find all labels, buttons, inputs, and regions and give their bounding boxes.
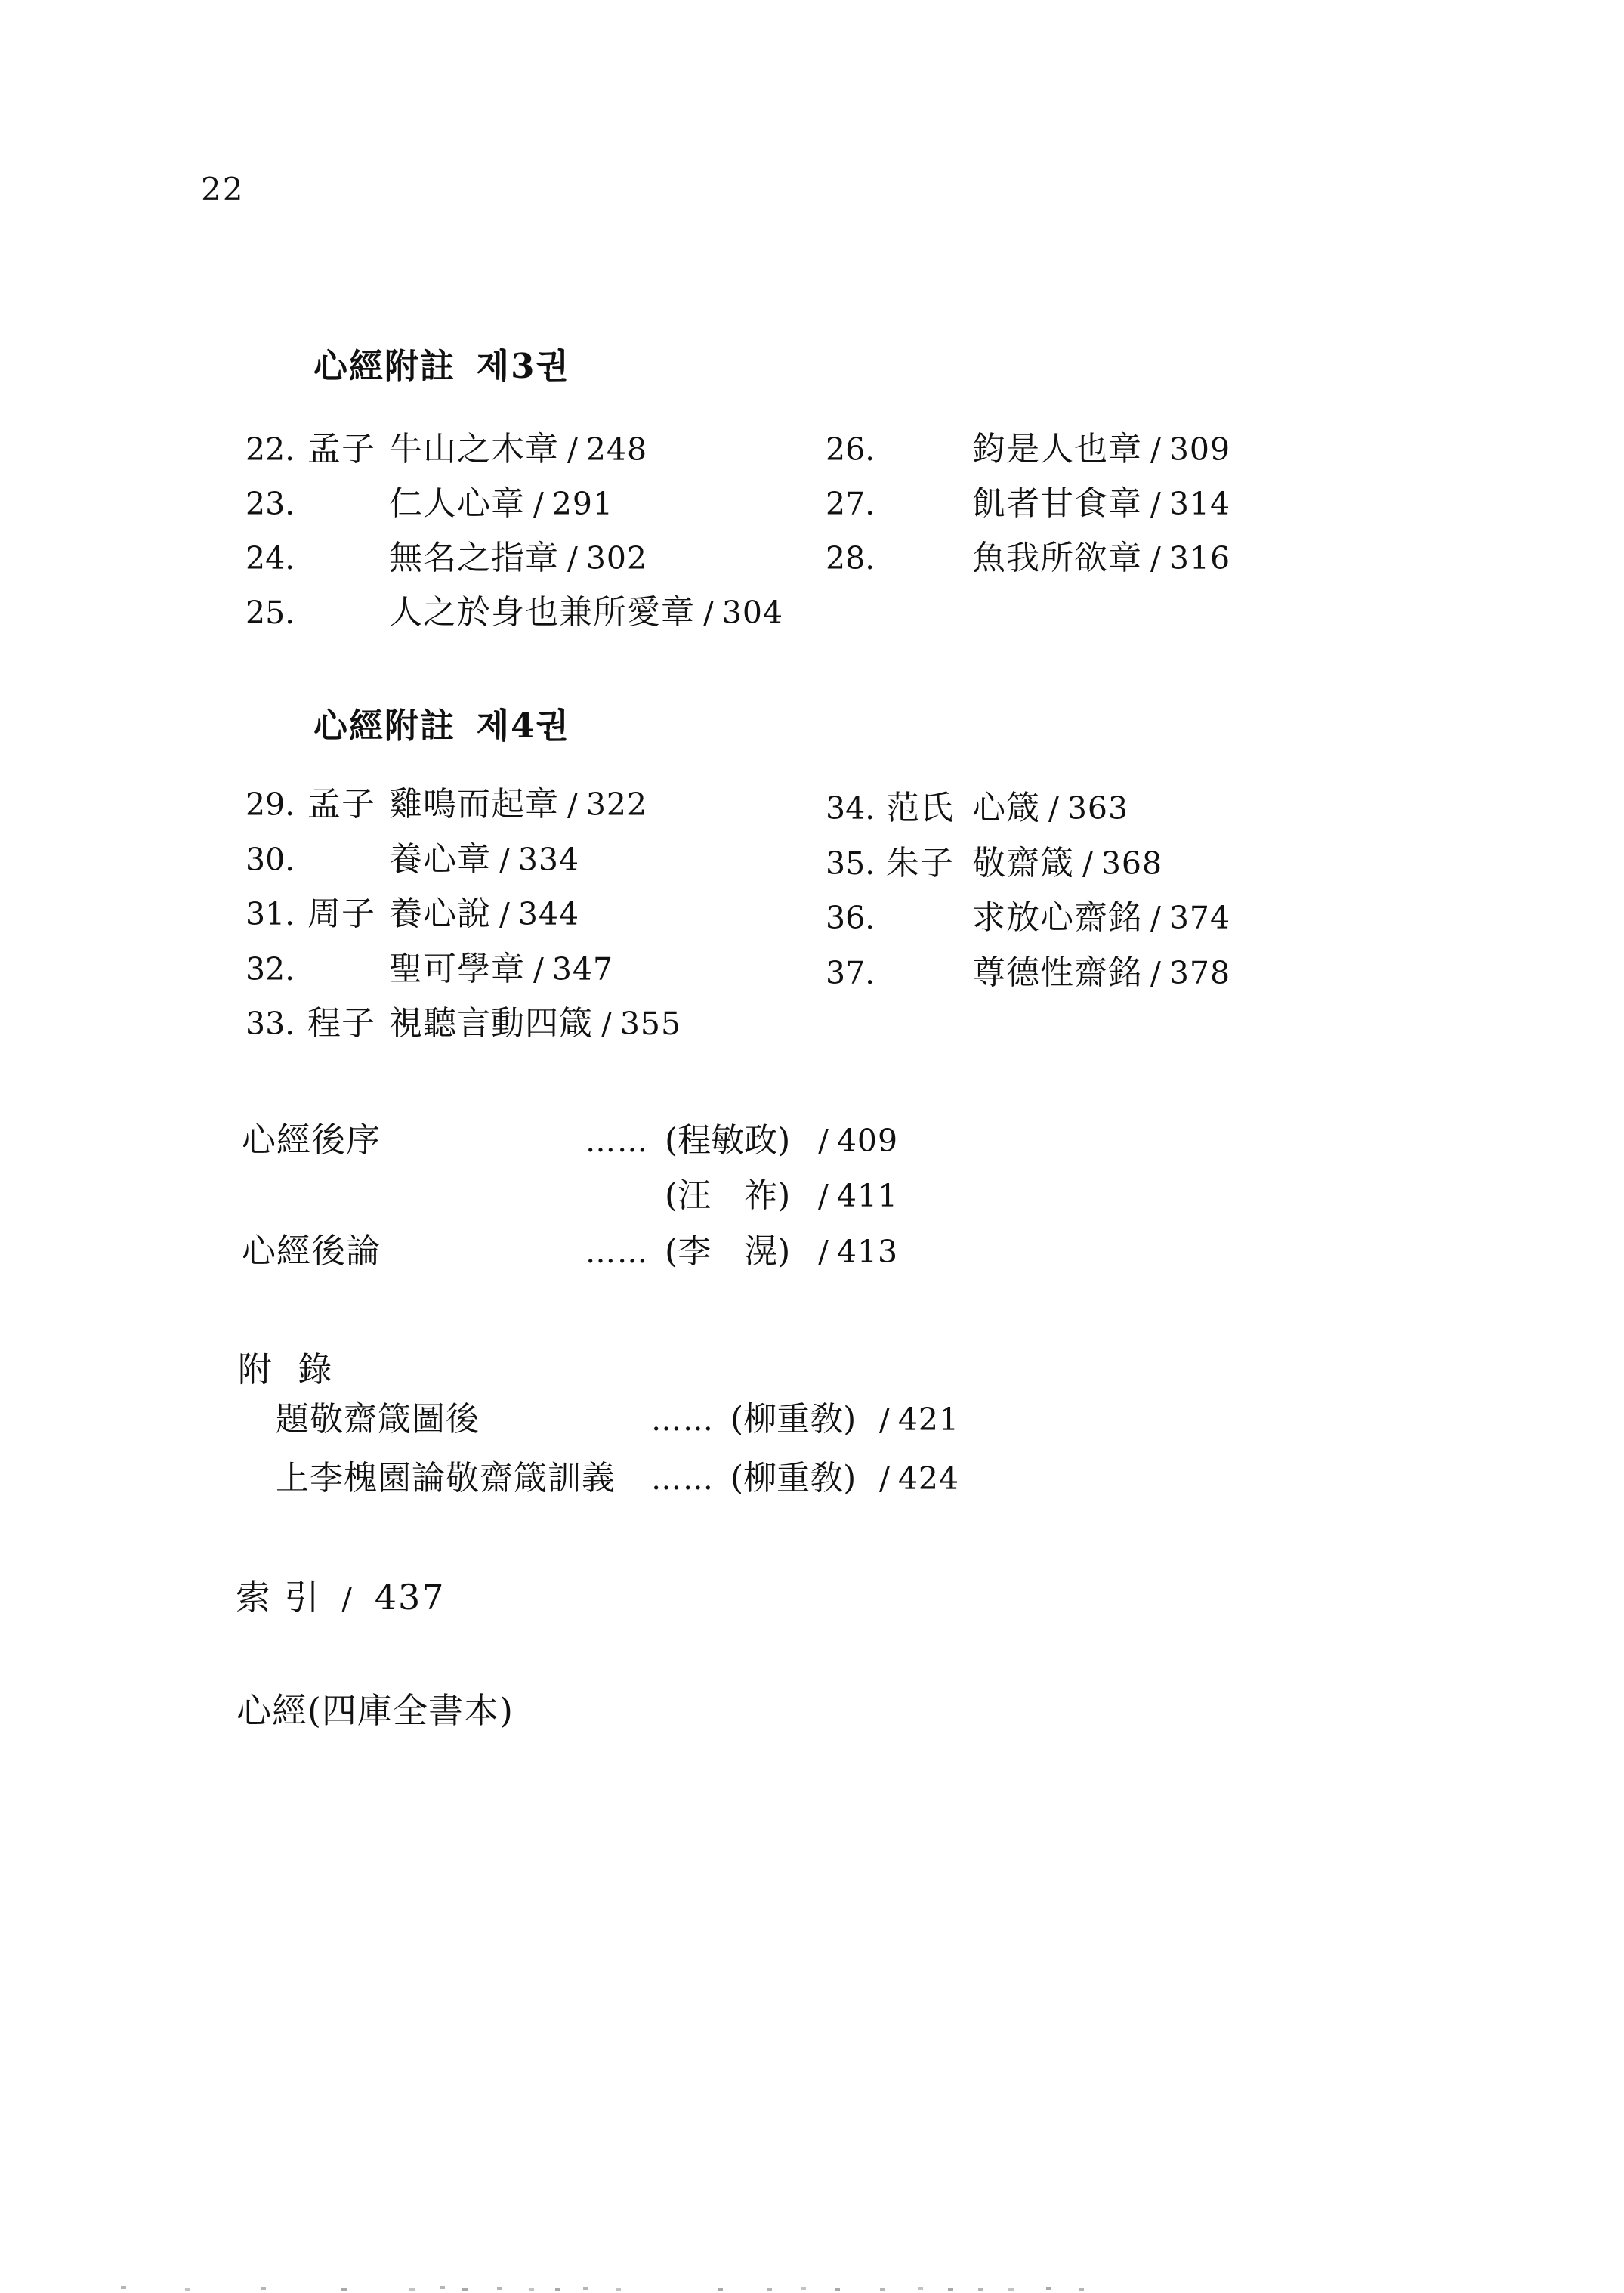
leader-row-author-name: (李 滉) <box>665 1224 810 1272</box>
leader-row-label: 題敬齋箴圖後 <box>276 1392 651 1440</box>
page-separator: / <box>879 1401 890 1438</box>
toc-item-author: 孟子 <box>307 777 389 825</box>
toc-row: 27. 飢者甘食章 / 314 <box>826 476 1415 530</box>
page-separator: / <box>703 595 714 631</box>
toc-item-number: 23. <box>245 486 307 522</box>
toc-item-title: 魚我所欲章 <box>972 530 1142 579</box>
toc-item-number: 29. <box>245 786 307 823</box>
dot-leader: …… <box>651 1462 730 1497</box>
toc-item-author: 周子 <box>307 886 389 935</box>
leader-row-page: 424 <box>898 1460 959 1497</box>
toc-item-title: 尊德性齋銘 <box>972 945 1142 994</box>
index-row: 索 引 / 437 <box>236 1570 446 1620</box>
toc-row: 30. 養心章 / 334 <box>245 832 835 887</box>
leader-row-page: 409 <box>837 1123 898 1159</box>
toc-item-title: 人之於身也兼所愛章 <box>389 585 695 633</box>
page-separator: / <box>533 486 544 522</box>
toc-item-page: 316 <box>1169 540 1230 576</box>
toc-item-page: 304 <box>722 595 783 631</box>
toc-row: 37. 尊德性齋銘 / 378 <box>826 945 1415 1000</box>
page-separator: / <box>1082 845 1093 882</box>
appendix-title: 附 錄 <box>238 1342 335 1391</box>
toc-column-vol3-left: 22. 孟子 牛山之木章 / 248 23. 仁人心章 / 291 24. 無名… <box>245 422 835 639</box>
toc-item-title: 養心章 <box>389 832 491 880</box>
leader-row-page: 421 <box>898 1401 959 1438</box>
leader-row: 上李槐園論敬齋箴訓義 …… (柳重敎) / 424 <box>276 1451 959 1510</box>
leader-row: (汪 祚) / 411 <box>242 1168 898 1224</box>
toc-item-author: 孟子 <box>307 422 389 470</box>
footer-book-title: 心經(四庫全書本) <box>236 1683 514 1733</box>
toc-item-title: 仁人心章 <box>389 476 525 524</box>
toc-item-title: 雞鳴而起章 <box>389 777 559 825</box>
toc-row: 26. 鈞是人也章 / 309 <box>826 422 1415 476</box>
toc-row: 23. 仁人心章 / 291 <box>245 476 835 530</box>
page-separator: / <box>1048 790 1059 827</box>
toc-item-number: 32. <box>245 951 307 987</box>
page-separator: / <box>1150 431 1161 468</box>
toc-item-page: 322 <box>586 786 647 823</box>
toc-item-page: 344 <box>518 896 579 932</box>
toc-item-page: 374 <box>1169 900 1230 936</box>
toc-item-page: 347 <box>552 951 613 987</box>
leader-row-page: 411 <box>837 1178 898 1214</box>
toc-item-title: 心箴 <box>972 780 1040 829</box>
toc-item-author: 范氏 <box>886 780 972 829</box>
toc-row: 34. 范氏 心箴 / 363 <box>826 780 1415 836</box>
leader-row-author-name: (柳重敎) <box>730 1392 871 1440</box>
toc-item-title: 敬齋箴 <box>972 836 1074 884</box>
section-title-vol4: 心經附註 제4권 <box>313 698 570 747</box>
toc-item-page: 291 <box>552 486 613 522</box>
toc-item-number: 28. <box>826 540 886 576</box>
postface-block: 心經後序 …… (程敏政) / 409 (汪 祚) / 411 心經後論 …… … <box>242 1112 898 1279</box>
toc-row: 25. 人之於身也兼所愛章 / 304 <box>245 585 835 639</box>
toc-item-page: 302 <box>586 540 647 576</box>
page-separator: / <box>567 540 578 576</box>
page-separator: / <box>879 1460 890 1497</box>
toc-item-number: 24. <box>245 540 307 576</box>
toc-item-page: 378 <box>1169 955 1230 991</box>
leader-row-label: 心經後論 <box>242 1223 585 1272</box>
toc-item-title: 視聽言動四箴 <box>389 996 593 1044</box>
leader-row: 題敬齋箴圖後 …… (柳重敎) / 421 <box>276 1392 959 1451</box>
dot-leader: …… <box>585 1235 665 1270</box>
toc-item-number: 22. <box>245 431 307 468</box>
toc-item-number: 25. <box>245 595 307 631</box>
leader-row-label: 心經後序 <box>242 1112 585 1161</box>
toc-item-number: 36. <box>826 900 886 936</box>
leader-row-author-name: (汪 祚) <box>665 1168 810 1216</box>
toc-item-number: 30. <box>245 842 307 878</box>
index-label: 索 引 <box>236 1577 321 1618</box>
page-separator: / <box>1150 955 1161 991</box>
toc-item-number: 34. <box>826 790 886 827</box>
toc-row: 24. 無名之指章 / 302 <box>245 530 835 585</box>
toc-row: 32. 聖可學章 / 347 <box>245 941 835 997</box>
leader-row: 心經後序 …… (程敏政) / 409 <box>242 1112 898 1168</box>
toc-item-title: 牛山之木章 <box>389 422 559 470</box>
page-separator: / <box>818 1123 829 1159</box>
toc-item-title: 飢者甘食章 <box>972 476 1142 524</box>
toc-item-author: 程子 <box>307 996 389 1044</box>
leader-row: 心經後論 …… (李 滉) / 413 <box>242 1223 898 1279</box>
toc-row: 36. 求放心齋銘 / 374 <box>826 890 1415 945</box>
toc-item-title: 無名之指章 <box>389 530 559 579</box>
toc-column-vol4-left: 29. 孟子 雞鳴而起章 / 322 30. 養心章 / 334 31. 周子 … <box>245 777 835 1051</box>
toc-row: 28. 魚我所欲章 / 316 <box>826 530 1415 585</box>
section-title-vol3: 心經附註 제3권 <box>313 338 570 388</box>
toc-column-vol4-right: 34. 范氏 心箴 / 363 35. 朱子 敬齋箴 / 368 36. 求放心… <box>826 780 1415 1000</box>
toc-item-number: 35. <box>826 845 886 882</box>
toc-item-number: 37. <box>826 955 886 991</box>
toc-item-author: 朱子 <box>886 836 972 884</box>
toc-row: 22. 孟子 牛山之木章 / 248 <box>245 422 835 476</box>
leader-row-label: 上李槐園論敬齋箴訓義 <box>276 1451 651 1499</box>
toc-row: 33. 程子 視聽言動四箴 / 355 <box>245 996 835 1051</box>
page-separator: / <box>499 842 510 878</box>
page-separator: / <box>601 1006 612 1042</box>
page-number: 22 <box>201 171 244 208</box>
appendix-block: 題敬齋箴圖後 …… (柳重敎) / 421 上李槐園論敬齋箴訓義 …… (柳重敎… <box>276 1392 959 1510</box>
leader-row-author-name: (程敏政) <box>665 1113 810 1161</box>
page-separator: / <box>341 1581 354 1617</box>
page-separator: / <box>1150 900 1161 936</box>
scan-artifact-marks <box>121 2286 126 2289</box>
toc-item-page: 314 <box>1169 486 1230 522</box>
toc-row: 31. 周子 養心說 / 344 <box>245 886 835 941</box>
scanned-toc-page: { "strings": { "slash": "/" }, "page": {… <box>0 0 1624 2293</box>
toc-item-title: 鈞是人也章 <box>972 422 1142 470</box>
dot-leader: …… <box>585 1124 665 1159</box>
toc-item-page: 355 <box>620 1006 681 1042</box>
page-separator: / <box>818 1178 829 1214</box>
toc-item-title: 求放心齋銘 <box>972 890 1142 938</box>
toc-item-title: 聖可學章 <box>389 941 525 990</box>
page-separator: / <box>533 951 544 987</box>
toc-item-number: 33. <box>245 1006 307 1042</box>
toc-column-vol3-right: 26. 鈞是人也章 / 309 27. 飢者甘食章 / 314 28. 魚我所欲… <box>826 422 1415 585</box>
toc-row: 29. 孟子 雞鳴而起章 / 322 <box>245 777 835 832</box>
toc-item-page: 363 <box>1067 790 1128 827</box>
toc-item-number: 31. <box>245 896 307 932</box>
page-separator: / <box>499 896 510 932</box>
leader-row-page: 413 <box>837 1234 898 1270</box>
page-separator: / <box>1150 486 1161 522</box>
page-separator: / <box>818 1234 829 1270</box>
toc-item-title: 養心說 <box>389 886 491 935</box>
toc-item-page: 368 <box>1101 845 1162 882</box>
page-separator: / <box>567 786 578 823</box>
toc-item-number: 27. <box>826 486 886 522</box>
toc-row: 35. 朱子 敬齋箴 / 368 <box>826 836 1415 891</box>
toc-item-page: 334 <box>518 842 579 878</box>
page-separator: / <box>567 431 578 468</box>
toc-item-page: 309 <box>1169 431 1230 468</box>
page-separator: / <box>1150 540 1161 576</box>
leader-row-author-name: (柳重敎) <box>730 1451 871 1499</box>
index-page: 437 <box>375 1577 446 1618</box>
toc-item-page: 248 <box>586 431 647 468</box>
dot-leader: …… <box>651 1403 730 1438</box>
toc-item-number: 26. <box>826 431 886 468</box>
